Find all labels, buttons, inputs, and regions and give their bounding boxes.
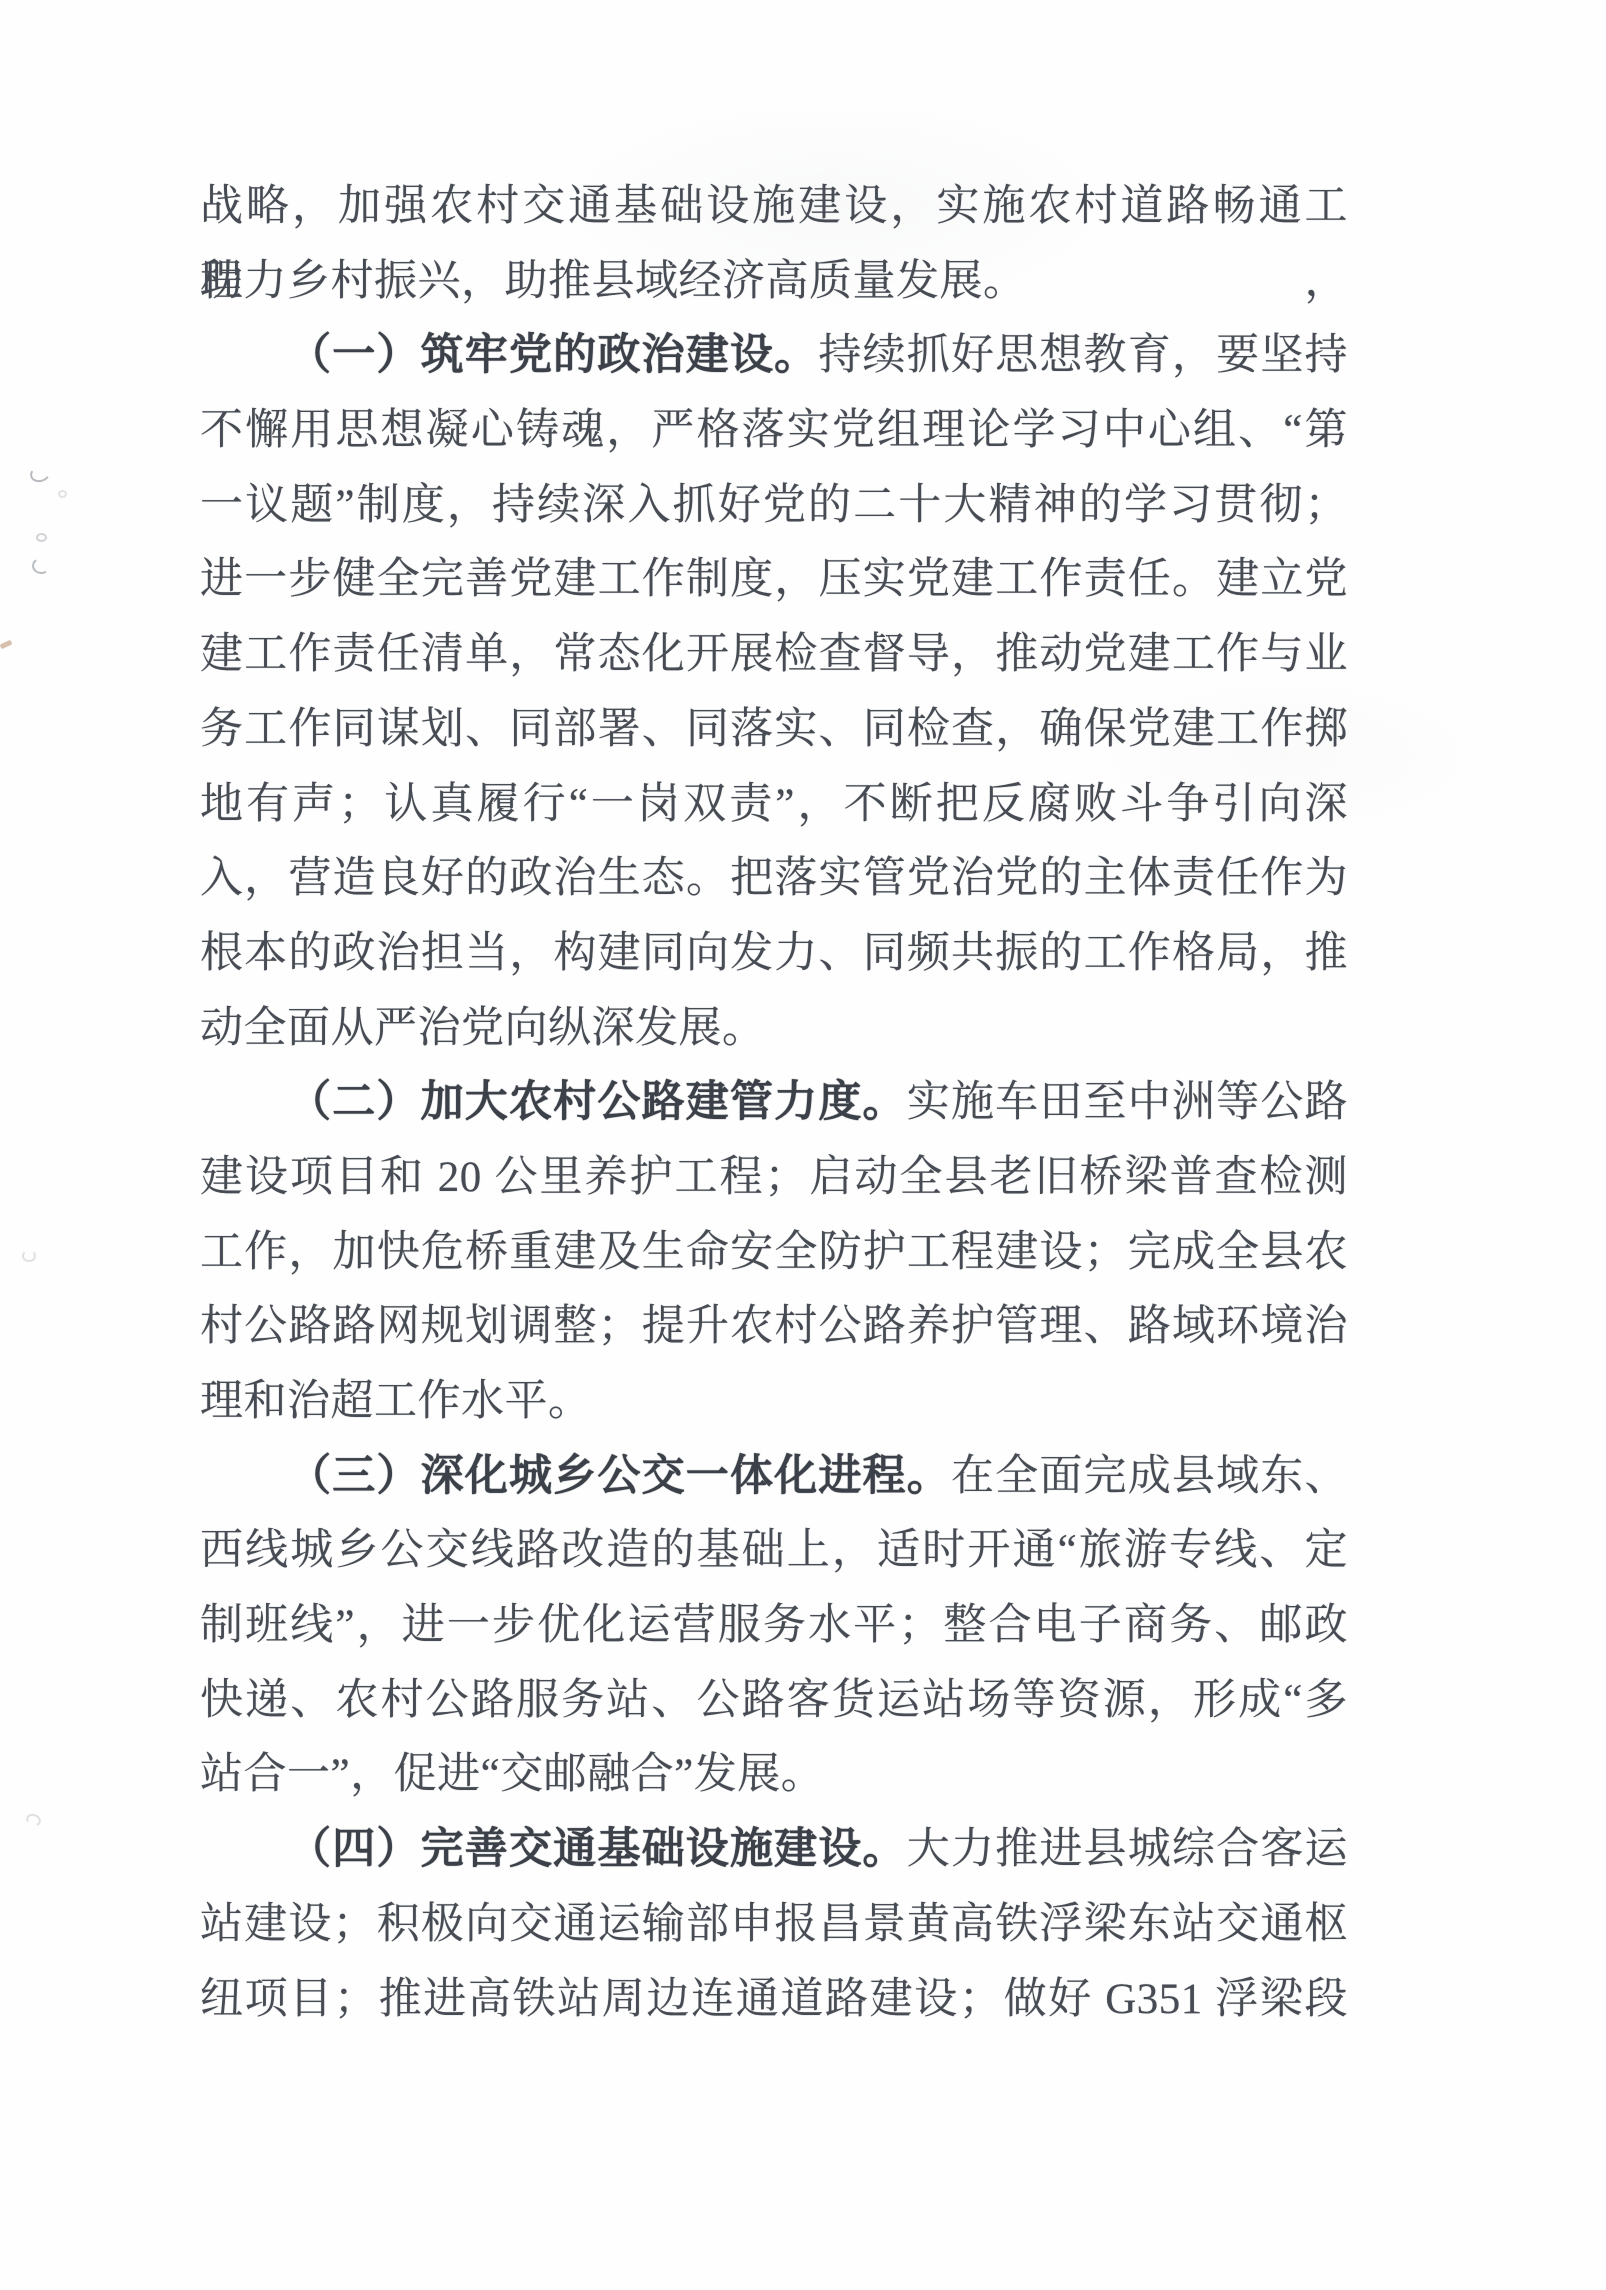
document-body: 战略，加强农村交通基础设施建设，实施农村道路畅通工程，助力乡村振兴，助推县域经济… [200, 170, 1348, 2037]
text-line: 一议题”制度，持续深入抓好党的二十大精神的学习贯彻； [200, 469, 1348, 544]
section-heading: （二）加大农村公路建管力度。 [288, 1079, 907, 1126]
scan-artifact [22, 1250, 36, 1262]
text-segment: 助力乡村振兴，助推县域经济高质量发展。 [200, 258, 1027, 305]
section-heading: （四）完善交通基础设施建设。 [288, 1826, 907, 1873]
text-segment: 不懈用思想凝心铸魂，严格落实党组理论学习中心组、“第 [200, 407, 1348, 454]
section-heading: （三）深化城乡公交一体化进程。 [288, 1453, 951, 1500]
text-segment: 站合一”，促进“交邮融合”发展。 [200, 1751, 824, 1798]
text-line: （一）筑牢党的政治建设。持续抓好思想教育，要坚持 [200, 319, 1348, 394]
text-line: 根本的政治担当，构建同向发力、同频共振的工作格局，推 [200, 917, 1348, 992]
document-page: 战略，加强农村交通基础设施建设，实施农村道路畅通工程，助力乡村振兴，助推县域经济… [0, 0, 1606, 2290]
text-line: （四）完善交通基础设施建设。大力推进县城综合客运 [200, 1813, 1348, 1888]
text-segment: 一议题”制度，持续深入抓好党的二十大精神的学习贯彻； [200, 482, 1348, 529]
text-segment: 站建设；积极向交通运输部申报昌景黄高铁浮梁东站交通枢 [200, 1901, 1348, 1948]
scanned-document: { "page": { "background_color": "#fefefe… [0, 0, 1606, 2290]
text-line: （三）深化城乡公交一体化进程。在全面完成县域东、 [200, 1440, 1348, 1515]
text-segment: 工作，加快危桥重建及生命安全防护工程建设；完成全县农 [200, 1229, 1348, 1276]
text-segment: 大力推进县城综合客运 [907, 1826, 1348, 1873]
text-line: （二）加大农村公路建管力度。实施车田至中洲等公路 [200, 1066, 1348, 1141]
scan-artifact [28, 464, 51, 485]
text-segment: 建工作责任清单，常态化开展检查督导，推动党建工作与业 [200, 631, 1348, 678]
text-segment: 快递、农村公路服务站、公路客货运站场等资源，形成“多 [200, 1677, 1348, 1724]
text-line: 快递、农村公路服务站、公路客货运站场等资源，形成“多 [200, 1664, 1348, 1739]
text-line: 进一步健全完善党建工作制度，压实党建工作责任。建立党 [200, 543, 1348, 618]
text-segment: 务工作同谋划、同部署、同落实、同检查，确保党建工作掷 [200, 706, 1348, 753]
scan-artifact [58, 490, 67, 498]
scan-artifact [24, 1812, 42, 1828]
text-line: 入，营造良好的政治生态。把落实管党治党的主体责任作为 [200, 842, 1348, 917]
text-line: 纽项目；推进高铁站周边连通道路建设；做好 G351 浮梁段 [200, 1963, 1348, 2038]
text-line: 战略，加强农村交通基础设施建设，实施农村道路畅通工程， [200, 170, 1348, 245]
text-line: 地有声；认真履行“一岗双责”，不断把反腐败斗争引向深 [200, 768, 1348, 843]
text-segment: 纽项目；推进高铁站周边连通道路建设；做好 G351 浮梁段 [200, 1976, 1348, 2023]
text-line: 不懈用思想凝心铸魂，严格落实党组理论学习中心组、“第 [200, 394, 1348, 469]
section-heading: （一）筑牢党的政治建设。 [288, 332, 818, 379]
text-segment: 入，营造良好的政治生态。把落实管党治党的主体责任作为 [200, 855, 1348, 902]
text-segment: 实施车田至中洲等公路 [907, 1079, 1348, 1126]
text-segment: 进一步健全完善党建工作制度，压实党建工作责任。建立党 [200, 556, 1348, 603]
text-segment: 西线城乡公交线路改造的基础上，适时开通“旅游专线、定 [200, 1527, 1348, 1574]
text-line: 工作，加快危桥重建及生命安全防护工程建设；完成全县农 [200, 1216, 1348, 1291]
text-line: 理和治超工作水平。 [200, 1365, 1348, 1440]
text-line: 站建设；积极向交通运输部申报昌景黄高铁浮梁东站交通枢 [200, 1888, 1348, 1963]
text-segment: 地有声；认真履行“一岗双责”，不断把反腐败斗争引向深 [200, 781, 1348, 828]
text-segment: 理和治超工作水平。 [200, 1378, 592, 1425]
text-segment: 根本的政治担当，构建同向发力、同频共振的工作格局，推 [200, 930, 1348, 977]
text-line: 建设项目和 20 公里养护工程；启动全县老旧桥梁普查检测 [200, 1141, 1348, 1216]
text-segment: 在全面完成县域东、 [951, 1453, 1348, 1500]
text-line: 制班线”，进一步优化运营服务水平；整合电子商务、邮政 [200, 1589, 1348, 1664]
text-line: 村公路路网规划调整；提升农村公路养护管理、路域环境治 [200, 1290, 1348, 1365]
text-segment: 动全面从严治党向纵深发展。 [200, 1005, 766, 1052]
text-line: 动全面从严治党向纵深发展。 [200, 992, 1348, 1067]
text-line: 站合一”，促进“交邮融合”发展。 [200, 1738, 1348, 1813]
text-line: 建工作责任清单，常态化开展检查督导，推动党建工作与业 [200, 618, 1348, 693]
text-segment: 制班线”，进一步优化运营服务水平；整合电子商务、邮政 [200, 1602, 1348, 1649]
text-line: 西线城乡公交线路改造的基础上，适时开通“旅游专线、定 [200, 1514, 1348, 1589]
scan-artifact [31, 557, 52, 576]
scan-artifact [0, 640, 12, 650]
text-segment: 建设项目和 20 公里养护工程；启动全县老旧桥梁普查检测 [200, 1154, 1348, 1201]
text-line: 务工作同谋划、同部署、同落实、同检查，确保党建工作掷 [200, 693, 1348, 768]
text-segment: 持续抓好思想教育，要坚持 [818, 332, 1348, 379]
scan-artifact [36, 533, 47, 542]
text-segment: 村公路路网规划调整；提升农村公路养护管理、路域环境治 [200, 1303, 1348, 1350]
